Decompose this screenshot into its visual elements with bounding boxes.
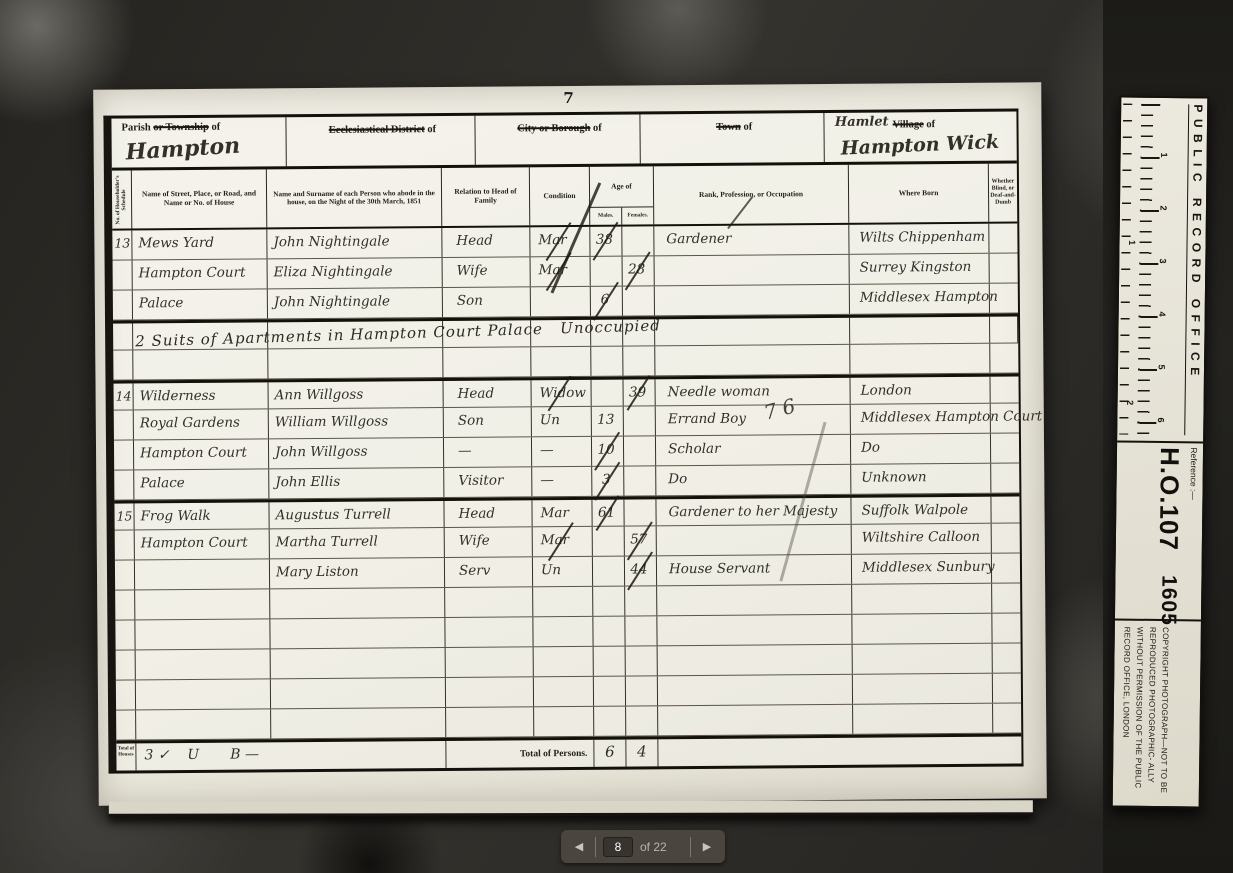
cell-schedule-no xyxy=(114,470,134,499)
ruler-inch-number: 1 xyxy=(1127,240,1137,245)
cell-condition: Mar xyxy=(530,227,590,256)
ruler-section: 1 2 3 4 5 6 1 2 PUBLIC RECORD OFFICE xyxy=(1117,98,1207,444)
cell-whether-blind xyxy=(991,403,1019,432)
parish-struck: or Township xyxy=(153,122,209,133)
cell-person-name: John Ellis xyxy=(269,468,444,498)
cell-where-born xyxy=(853,644,993,674)
field-ecclesiastical: Ecclesiastical District of xyxy=(286,116,476,166)
cell-schedule-no xyxy=(116,710,136,739)
cell-age-female xyxy=(624,406,656,435)
cell-condition xyxy=(531,287,591,316)
cell-occupation: Scholar xyxy=(656,435,851,466)
cell-age-male xyxy=(593,617,625,646)
cell-whether-blind xyxy=(992,583,1020,612)
cell-whether-blind xyxy=(992,523,1020,552)
cell-age-male: 61 xyxy=(592,500,624,526)
census-scan-page: 7 Parish or Township of Hampton Ecclesia… xyxy=(93,82,1047,805)
cell-relation: Visitor xyxy=(444,467,532,497)
col-condition: Condition xyxy=(530,167,590,225)
cell-age-female: 57 xyxy=(625,526,657,555)
cell-relation xyxy=(446,677,534,707)
page-number-input[interactable]: 8 xyxy=(603,837,633,857)
cell-schedule-no xyxy=(115,560,135,589)
cell-person-name xyxy=(270,618,445,648)
col-name: Name and Surname of each Person who abod… xyxy=(267,168,442,227)
total-houses-label: Total of Houses xyxy=(116,743,136,770)
cell-where-born: Wilts Chippenham xyxy=(849,224,989,254)
cell-street: Royal Gardens xyxy=(134,409,269,439)
cell-where-born: Middlesex Sunbury xyxy=(852,554,992,584)
cell-whether-blind xyxy=(993,673,1021,702)
cell-schedule-no xyxy=(114,440,134,469)
col-condition-label: Condition xyxy=(543,192,575,201)
cell-age-female: 39 xyxy=(623,379,655,405)
cell-whether-blind xyxy=(993,643,1021,672)
cell-relation: Head xyxy=(444,500,532,527)
cell-condition xyxy=(531,347,591,376)
cell-person-name: Augustus Turrell xyxy=(269,501,444,528)
cell-relation: Head xyxy=(442,227,530,257)
cell-whether-blind xyxy=(993,703,1021,732)
col-relation: Relation to Head of Family xyxy=(442,167,530,226)
village-struck: Village xyxy=(893,119,924,130)
parish-handwritten: Hampton xyxy=(125,133,241,166)
cell-schedule-no xyxy=(113,350,133,379)
cell-age-female xyxy=(622,226,654,255)
cell-schedule-no xyxy=(113,290,133,319)
ruler-number: 4 xyxy=(1157,311,1167,316)
cell-age-male xyxy=(594,677,626,706)
cell-schedule-no xyxy=(113,260,133,289)
village-handwritten: Hampton Wick xyxy=(841,131,1000,161)
cell-condition: Mar xyxy=(532,500,592,526)
census-rows: 13 Mews Yard John Nightingale Head Mar 3… xyxy=(112,223,1021,740)
cell-street: Hampton Court xyxy=(134,439,269,469)
cell-where-born: Suffolk Walpole xyxy=(851,497,991,524)
cell-schedule-no xyxy=(114,410,134,439)
city-of: of xyxy=(590,123,601,134)
cell-occupation xyxy=(658,645,853,676)
cell-street: Frog Walk xyxy=(134,502,269,529)
cell-where-born: Wiltshire Calloon xyxy=(852,524,992,554)
cell-occupation: Do xyxy=(656,465,851,496)
cell-occupation xyxy=(655,285,850,316)
ruler-number: 3 xyxy=(1158,258,1168,263)
cell-person-name: John Nightingale xyxy=(267,228,442,258)
cell-whether-blind xyxy=(990,343,1018,372)
col-where-born-label: Where Born xyxy=(899,189,939,198)
cell-age-female xyxy=(624,436,656,465)
cell-person-name: Eliza Nightingale xyxy=(268,258,443,288)
cell-age-female xyxy=(624,466,656,495)
cell-condition: Un xyxy=(533,557,593,586)
field-parish: Parish or Township of Hampton xyxy=(111,117,286,167)
cell-person-name xyxy=(271,678,446,708)
cell-where-born xyxy=(853,674,993,704)
cell-relation xyxy=(445,617,533,647)
cell-where-born: Do xyxy=(851,434,991,464)
total-persons-label: Total of Persons. xyxy=(446,740,594,768)
cell-person-name xyxy=(270,588,445,618)
folio-number: 7 xyxy=(563,89,574,107)
cell-condition: Mar xyxy=(533,527,593,556)
col-schedule-no: No. of Householder's Schedule xyxy=(112,170,132,228)
cell-street xyxy=(136,709,271,739)
cell-age-female: 28 xyxy=(623,256,655,285)
cell-age-female xyxy=(625,586,657,615)
cell-occupation: Needle woman xyxy=(655,378,850,406)
cell-schedule-no: 13 xyxy=(112,230,132,259)
cell-relation: — xyxy=(444,437,532,467)
cell-person-name: William Willgoss xyxy=(269,408,444,438)
cell-person-name: Martha Turrell xyxy=(270,528,445,558)
cell-age-female: 44 xyxy=(625,556,657,585)
cell-condition: Un xyxy=(532,407,592,436)
cell-where-born xyxy=(852,614,992,644)
cell-where-born xyxy=(853,704,993,734)
cell-age-male: 6 xyxy=(591,287,623,316)
ruler-number: 6 xyxy=(1156,417,1166,422)
col-age-males-label: Males. xyxy=(590,208,622,225)
cell-age-female xyxy=(624,499,656,525)
reference-piece: 1605 xyxy=(1157,575,1181,626)
cell-occupation xyxy=(657,615,852,646)
ecclesiastical-of: of xyxy=(425,124,436,135)
cell-street xyxy=(133,349,268,379)
cell-whether-blind xyxy=(990,283,1018,312)
col-street: Name of Street, Place, or Road, and Name… xyxy=(132,169,267,228)
cell-whether-blind xyxy=(990,376,1018,402)
cell-relation: Serv xyxy=(445,557,533,587)
cell-street xyxy=(136,649,271,679)
cell-age-female xyxy=(626,646,658,675)
cell-relation: Son xyxy=(443,287,531,317)
col-name-label: Name and Surname of each Person who abod… xyxy=(269,189,439,207)
cell-where-born: London xyxy=(850,377,990,404)
cell-age-male xyxy=(594,707,626,736)
cell-whether-blind xyxy=(991,433,1019,462)
cell-occupation xyxy=(657,585,852,616)
col-age-label: Age of xyxy=(590,166,653,206)
col-whether-blind-label: Whether Blind, or Deaf-and-Dumb xyxy=(990,179,1016,207)
ruler-inch-number: 2 xyxy=(1125,400,1135,405)
cell-where-born: Surrey Kingston xyxy=(850,254,990,284)
cell-occupation: Errand Boy xyxy=(656,405,851,436)
cell-relation: Wife xyxy=(445,527,533,557)
col-whether-blind: Whether Blind, or Deaf-and-Dumb xyxy=(989,163,1017,221)
cell-relation: Son xyxy=(444,407,532,437)
col-where-born: Where Born xyxy=(849,164,989,223)
cell-age-male xyxy=(593,557,625,586)
cell-age-male xyxy=(593,527,625,556)
cell-relation xyxy=(446,707,534,737)
total-males-value: 6 xyxy=(594,740,626,767)
page-navigation: ◀ 8 of 22 ▶ xyxy=(561,830,725,863)
cell-street: Wilderness xyxy=(134,382,269,409)
col-relation-label: Relation to Head of Family xyxy=(444,188,527,206)
cell-whether-blind xyxy=(990,253,1018,282)
ruler-inch-ticks xyxy=(1119,104,1132,435)
cell-relation: Head xyxy=(444,380,532,407)
pager-divider xyxy=(690,837,691,857)
cell-where-born: Unknown xyxy=(851,464,991,494)
public-record-office-label: PUBLIC RECORD OFFICE xyxy=(1184,104,1204,435)
cell-age-male xyxy=(593,587,625,616)
cell-person-name xyxy=(271,648,446,678)
cell-schedule-no xyxy=(116,680,136,709)
cell-occupation: Gardener xyxy=(654,225,849,256)
ruler-number: 1 xyxy=(1159,152,1169,157)
cell-where-born xyxy=(852,584,992,614)
totals-blank-area xyxy=(658,736,1021,766)
cell-person-name xyxy=(268,348,443,378)
cell-whether-blind xyxy=(992,553,1020,582)
pro-ruler-card: 1 2 3 4 5 6 1 2 PUBLIC RECORD OFFICE Ref… xyxy=(1111,95,1210,808)
cell-condition: Widow xyxy=(531,380,591,406)
form-header-band: Parish or Township of Hampton Ecclesiast… xyxy=(111,111,1016,170)
cell-occupation xyxy=(658,705,853,736)
cell-where-born xyxy=(850,344,990,374)
cell-condition: — xyxy=(532,437,592,466)
col-age-females-label: Females. xyxy=(622,207,653,224)
ruler-number: 2 xyxy=(1158,205,1168,210)
cell-street: Hampton Court xyxy=(133,259,268,289)
field-city-borough: City or Borough of xyxy=(476,114,641,164)
reference-label: Reference :— xyxy=(1187,447,1199,615)
cell-condition xyxy=(534,647,594,676)
cell-where-born xyxy=(850,317,990,344)
cell-condition: Mar xyxy=(531,257,591,286)
field-town: Town of xyxy=(640,113,825,163)
parish-label: Parish xyxy=(121,122,153,133)
city-struck: City or Borough xyxy=(517,123,590,135)
ecclesiastical-struck: Ecclesiastical District xyxy=(329,124,425,136)
cell-age-male: 38 xyxy=(590,227,622,256)
totals-row: Total of Houses 3 ✓ U B — Total of Perso… xyxy=(116,733,1021,770)
cell-where-born: Middlesex Hampton xyxy=(850,284,990,314)
cell-age-female xyxy=(625,616,657,645)
cell-whether-blind xyxy=(991,463,1019,492)
cell-person-name: John Nightingale xyxy=(268,288,443,318)
col-age: Age of Males. Females. xyxy=(590,166,654,225)
cell-occupation xyxy=(655,345,850,376)
cell-age-male: 13 xyxy=(592,407,624,436)
total-houses-value: 3 ✓ U B — xyxy=(136,741,446,770)
cell-person-name: Ann Willgoss xyxy=(269,381,444,408)
cell-schedule-no: 14 xyxy=(114,383,134,409)
cell-condition xyxy=(533,587,593,616)
cell-occupation xyxy=(657,525,852,556)
village-of: of xyxy=(924,119,935,130)
cell-person-name: John Willgoss xyxy=(269,438,444,468)
cell-condition: — xyxy=(532,467,592,496)
cell-whether-blind xyxy=(989,223,1017,252)
town-struck: Town xyxy=(716,122,741,133)
copyright-notice: COPYRIGHT PHOTOGRAPH—NOT TO BE REPRODUCE… xyxy=(1113,620,1176,801)
cell-person-name: Mary Liston xyxy=(270,558,445,588)
cell-relation xyxy=(443,347,531,377)
cell-whether-blind xyxy=(992,613,1020,642)
next-page-button[interactable]: ▶ xyxy=(698,840,716,853)
cell-condition xyxy=(534,707,594,736)
cell-age-male xyxy=(591,257,623,286)
cell-age-male: 10 xyxy=(592,437,624,466)
hamlet-handwritten: Hamlet xyxy=(835,114,889,129)
ruler-cm-major-ticks xyxy=(1137,104,1160,435)
cell-age-male: 3 xyxy=(592,467,624,496)
cell-where-born: Middlesex Hampton Court xyxy=(851,404,991,434)
cell-whether-blind xyxy=(991,496,1019,522)
pro-reference-strip: 1 2 3 4 5 6 1 2 PUBLIC RECORD OFFICE Ref… xyxy=(1103,0,1233,873)
cell-person-name xyxy=(271,708,446,738)
col-occupation: Rank, Profession, or Occupation xyxy=(654,165,849,225)
cell-street xyxy=(136,679,271,709)
cell-schedule-no xyxy=(113,323,133,349)
page-count-label: of 22 xyxy=(640,840,683,854)
cell-relation: Wife xyxy=(443,257,531,287)
cell-age-male xyxy=(594,647,626,676)
cell-age-female xyxy=(626,676,658,705)
cell-occupation xyxy=(655,318,850,346)
cell-schedule-no xyxy=(115,590,135,619)
col-schedule-label: No. of Householder's Schedule xyxy=(115,171,128,227)
column-headers: No. of Householder's Schedule Name of St… xyxy=(112,163,1017,230)
cell-age-female xyxy=(623,286,655,315)
cell-whether-blind xyxy=(990,316,1018,342)
cell-schedule-no xyxy=(115,530,135,559)
parish-of: of xyxy=(209,122,220,133)
cell-occupation xyxy=(655,255,850,286)
col-age-subheaders: Males. Females. xyxy=(590,206,653,224)
cell-street: Palace xyxy=(134,469,269,499)
ruler-number: 5 xyxy=(1157,364,1167,369)
cell-schedule-no xyxy=(115,620,135,649)
cell-street: Mews Yard xyxy=(132,229,267,259)
reference-section: Reference :— H.O.1071605 xyxy=(1115,442,1203,621)
cell-occupation: Gardener to her Majesty xyxy=(656,498,851,526)
cell-age-male xyxy=(591,347,623,376)
cell-street xyxy=(135,589,270,619)
cell-age-male xyxy=(591,380,623,406)
prev-page-button[interactable]: ◀ xyxy=(570,840,588,853)
cell-relation xyxy=(445,587,533,617)
total-females-value: 4 xyxy=(626,739,658,766)
census-form: Parish or Township of Hampton Ecclesiast… xyxy=(103,108,1023,773)
cell-age-female xyxy=(626,706,658,735)
cell-occupation: House Servant xyxy=(657,555,852,586)
cell-occupation xyxy=(658,675,853,706)
cell-condition xyxy=(533,617,593,646)
pager-divider xyxy=(595,837,596,857)
field-village: HamletVillage of Hampton Wick xyxy=(825,111,1017,162)
cell-age-female xyxy=(623,346,655,375)
reference-number: H.O.1071605 xyxy=(1155,447,1183,615)
cell-schedule-no xyxy=(116,650,136,679)
cell-street: Palace xyxy=(133,289,268,319)
cell-schedule-no: 15 xyxy=(114,503,134,529)
reference-series: H.O.107 xyxy=(1154,447,1185,551)
town-of: of xyxy=(741,122,752,133)
cell-condition xyxy=(534,677,594,706)
cell-street xyxy=(135,619,270,649)
col-occupation-label: Rank, Profession, or Occupation xyxy=(699,190,803,199)
col-street-label: Name of Street, Place, or Road, and Name… xyxy=(134,190,264,208)
cell-street xyxy=(135,559,270,589)
cell-street: Hampton Court xyxy=(135,529,270,559)
cell-relation xyxy=(446,647,534,677)
